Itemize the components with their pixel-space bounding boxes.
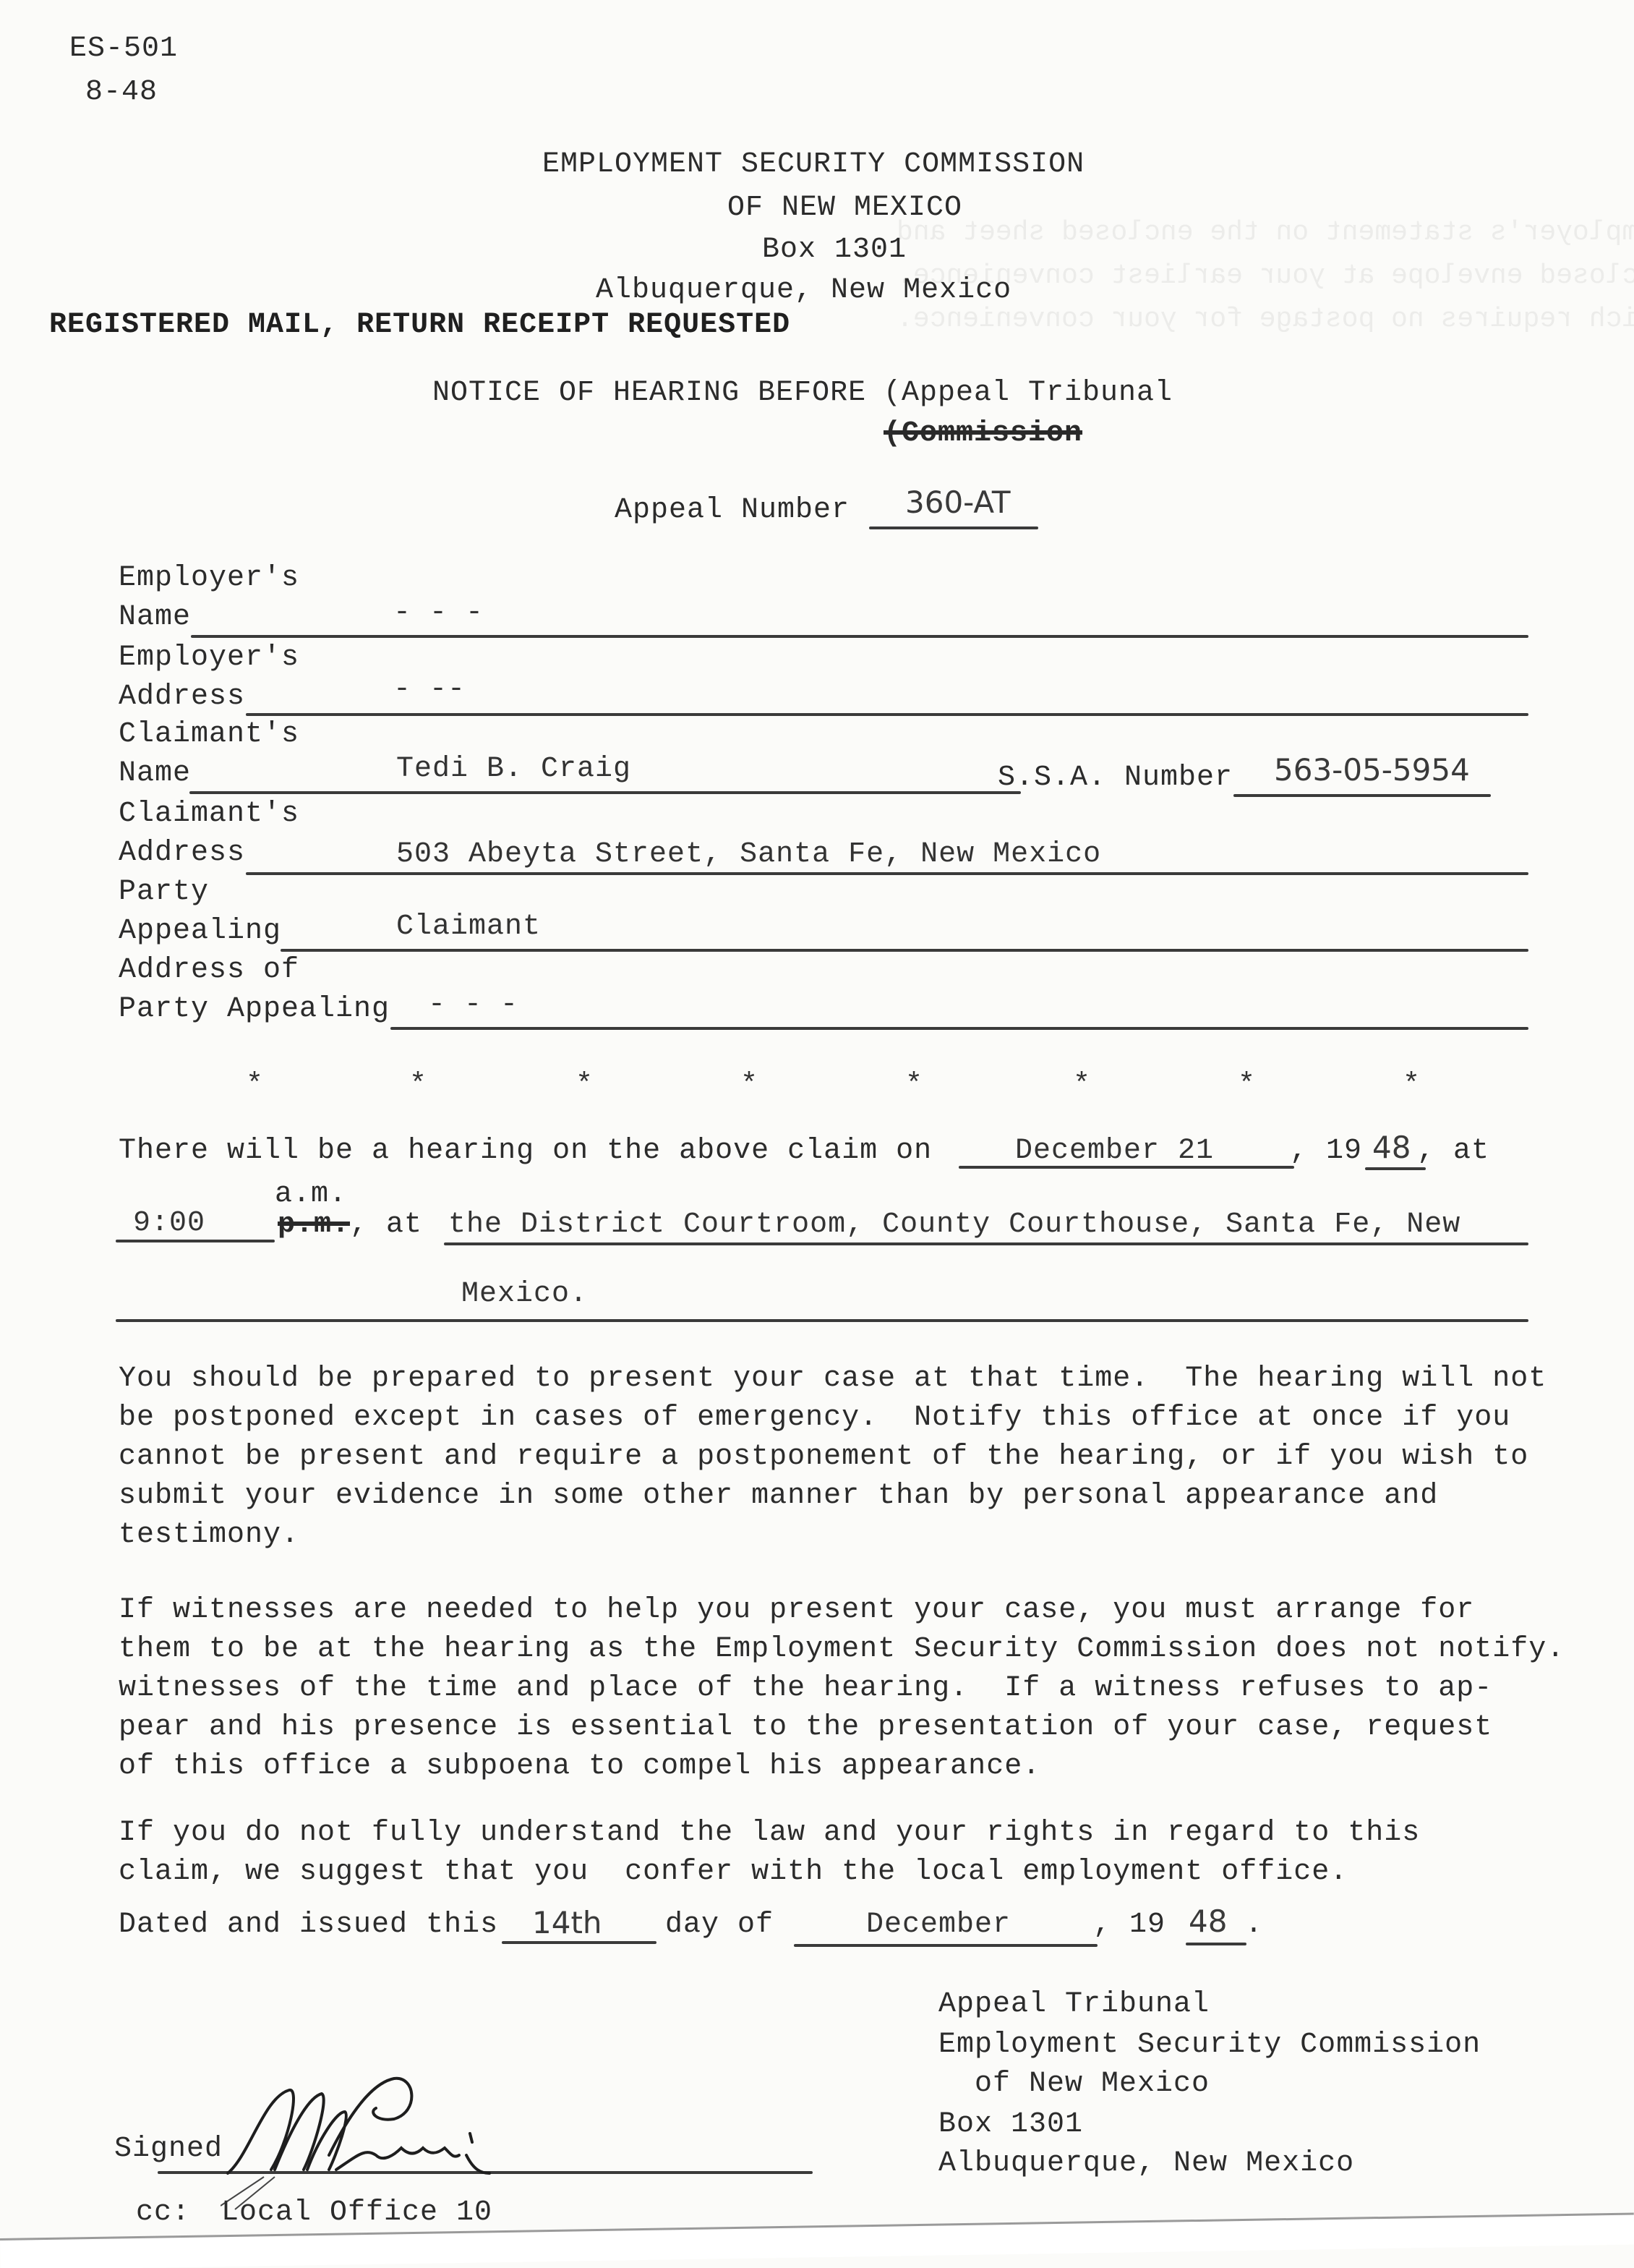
- claimant-name-label-1: Claimant's: [119, 720, 299, 749]
- party-appealing-value[interactable]: Claimant: [396, 913, 541, 942]
- issued-year-prefix: , 19: [1093, 1911, 1165, 1940]
- issued-day-of: day of: [665, 1911, 774, 1940]
- hearing-at-place: , at: [350, 1211, 422, 1240]
- hearing-at: , at: [1417, 1137, 1489, 1166]
- issued-year-line: [1186, 1943, 1246, 1945]
- appeal-number-line: [869, 526, 1038, 529]
- paragraph-rights: If you do not fully understand the law a…: [119, 1814, 1579, 1892]
- issued-month-value[interactable]: December: [866, 1911, 1011, 1940]
- employer-name-label-1: Employer's: [119, 564, 299, 593]
- notice-title: NOTICE OF HEARING BEFORE: [432, 379, 866, 408]
- signed-label: Signed: [114, 2135, 223, 2164]
- employer-name-value[interactable]: - - -: [393, 599, 484, 628]
- signature-block-line-4: Box 1301: [938, 2110, 1083, 2139]
- cc-label: cc:: [136, 2199, 190, 2227]
- separator-asterisk: *: [1403, 1069, 1420, 1101]
- claimant-name-label-2: Name: [119, 759, 191, 788]
- appeal-number-value: 360-AT: [905, 487, 1011, 518]
- agency-name: EMPLOYMENT SECURITY COMMISSION: [542, 150, 1085, 179]
- hearing-time-line: [116, 1240, 275, 1242]
- ssa-number-value[interactable]: 563-05-5954: [1274, 755, 1470, 785]
- hearing-year-prefix: , 19: [1290, 1137, 1362, 1166]
- hearing-place-line-1[interactable]: the District Courtroom, County Courthous…: [448, 1211, 1460, 1240]
- party-appealing-line: [281, 949, 1528, 952]
- hearing-date-line: [959, 1166, 1294, 1169]
- employer-address-value[interactable]: - --: [393, 675, 466, 704]
- appeal-number-label: Appeal Number: [615, 496, 850, 525]
- claimant-address-line: [246, 872, 1528, 875]
- employer-name-line: [191, 635, 1528, 638]
- hearing-date-value[interactable]: December 21: [1015, 1137, 1214, 1166]
- hearing-year-value[interactable]: 48: [1372, 1133, 1411, 1163]
- claimant-address-value[interactable]: 503 Abeyta Street, Santa Fe, New Mexico: [396, 840, 1101, 869]
- party-address-label-2: Party Appealing: [119, 995, 390, 1024]
- signature-block-line-2: Employment Security Commission: [938, 2031, 1481, 2060]
- separator-asterisk: *: [576, 1069, 593, 1101]
- issued-day-line: [502, 1941, 656, 1944]
- claimant-address-label-2: Address: [119, 839, 245, 868]
- hearing-place-underline-2: [116, 1319, 1528, 1322]
- issued-day-value[interactable]: 14th: [532, 1908, 602, 1938]
- employer-address-label-2: Address: [119, 683, 245, 712]
- party-appealing-label-2: Appealing: [119, 917, 281, 946]
- issued-month-line: [794, 1944, 1098, 1947]
- handwritten-signature: [221, 2068, 625, 2213]
- claimant-address-label-1: Claimant's: [119, 800, 299, 829]
- cc-value: Local Office 10: [221, 2199, 492, 2227]
- hearing-year-line: [1365, 1167, 1426, 1170]
- ssa-number-line: [1233, 794, 1491, 797]
- struck-text: (Commission: [884, 417, 1082, 450]
- employer-address-label-1: Employer's: [119, 644, 299, 673]
- issued-period: .: [1245, 1911, 1263, 1940]
- ssa-number-label: S.S.A. Number: [998, 764, 1233, 793]
- party-address-value[interactable]: - - -: [428, 991, 518, 1020]
- party-address-label-1: Address of: [119, 956, 299, 985]
- struck-text: p.m.: [278, 1208, 350, 1241]
- form-number: ES-501: [69, 35, 178, 64]
- paragraph-witnesses: If witnesses are needed to help you pres…: [119, 1591, 1579, 1786]
- separator-asterisk: *: [1073, 1069, 1090, 1101]
- bleed-through-text: self-addressed envelope which requires n…: [897, 304, 1634, 335]
- separator-asterisk: *: [740, 1069, 758, 1101]
- hearing-time-value[interactable]: 9:00: [133, 1209, 205, 1238]
- hearing-meridiem-struck: p.m.: [278, 1211, 350, 1240]
- party-appealing-label-1: Party: [119, 878, 209, 907]
- employer-name-label-2: Name: [119, 603, 191, 632]
- separator-asterisk: *: [1238, 1069, 1255, 1101]
- paragraph-prepared: You should be prepared to present your c…: [119, 1360, 1579, 1555]
- agency-city: Albuquerque, New Mexico: [596, 276, 1011, 305]
- hearing-intro: There will be a hearing on the above cla…: [119, 1137, 932, 1166]
- notice-option-selected: (Appeal Tribunal: [884, 379, 1173, 408]
- hearing-place-underline-1: [444, 1242, 1528, 1245]
- separator-asterisk: *: [246, 1069, 263, 1101]
- registered-mail-notice: REGISTERED MAIL, RETURN RECEIPT REQUESTE…: [49, 311, 790, 340]
- bleed-through-text: NOTE TO CLAIMANT: Please check the emplo…: [897, 217, 1634, 248]
- separator-asterisk: *: [905, 1069, 923, 1101]
- claimant-name-line: [189, 791, 1021, 794]
- hearing-place-line-2[interactable]: Mexico.: [461, 1280, 588, 1309]
- separator-asterisk: *: [409, 1069, 427, 1101]
- employer-address-line: [246, 713, 1528, 716]
- issued-prefix: Dated and issued this: [119, 1911, 498, 1940]
- signature-block-line-1: Appeal Tribunal: [938, 1990, 1210, 2019]
- hearing-meridiem: a.m.: [275, 1180, 347, 1209]
- signature-block-line-3: of New Mexico: [938, 2070, 1210, 2099]
- form-revision-date: 8-48: [85, 78, 158, 107]
- claimant-name-value[interactable]: Tedi B. Craig: [396, 755, 631, 784]
- notice-option-struck: (Commission: [884, 419, 1082, 448]
- party-address-line: [390, 1027, 1528, 1030]
- signature-block-line-5: Albuquerque, New Mexico: [938, 2149, 1354, 2178]
- agency-state: OF NEW MEXICO: [727, 194, 962, 223]
- agency-box: Box 1301: [762, 236, 907, 265]
- issued-year-value[interactable]: 48: [1189, 1906, 1227, 1937]
